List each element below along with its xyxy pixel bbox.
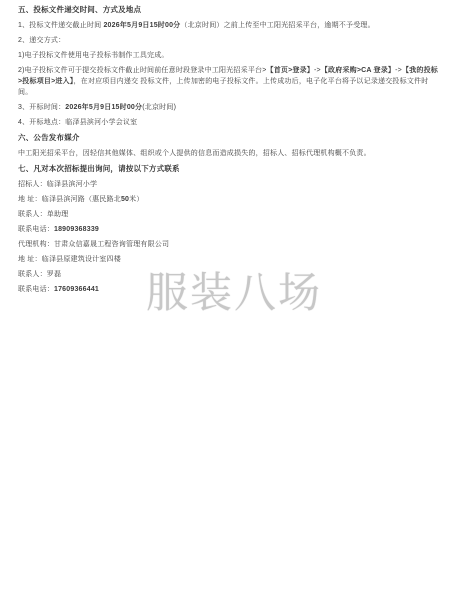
text-run: (北京时间) — [142, 104, 176, 111]
text-run: 五、投标文件递交时间、方式及地点 — [18, 5, 141, 14]
tenderer-name: 招标人：临泽县滨河小学 — [18, 179, 438, 190]
submission-method-title: 2、递交方式： — [18, 35, 438, 46]
agency-address: 地 址：临泽县原建筑设计室四楼 — [18, 254, 438, 265]
submission-method-item-1: 1)电子投标文件使用电子投标书制作工具完成。 — [18, 50, 438, 61]
page: 五、投标文件递交时间、方式及地点1、投标文件递交截止时间 2026年5月9日15… — [0, 0, 450, 600]
text-run: -> — [395, 67, 402, 74]
tenderer-contact: 联系人：单助理 — [18, 209, 438, 220]
submission-method-item-2: 2)电子投标文件可于提交投标文件截止时间前任意时段登录中工阳光招采平台>【首页>… — [18, 65, 438, 98]
text-run: 代理机构：甘肃众信嘉晟工程咨询管理有限公司 — [18, 241, 169, 248]
text-run: 联系电话： — [18, 286, 54, 293]
section-6-heading: 六、公告发布媒介 — [18, 132, 438, 143]
text-run: （北京时间）之前上传至中工阳光招采平台，逾期不予受理。 — [180, 22, 374, 29]
agency-contact: 联系人：罗磊 — [18, 269, 438, 280]
text-run: 地 址：临泽县滨河路（惠民路北 — [18, 196, 121, 203]
text-run: 1、投标文件递交截止时间 — [18, 22, 103, 29]
bold-text-run: 2026年5月9日15时00分 — [65, 104, 142, 111]
text-run: ，在对应项目内递交 投标文件，上传加密的电子投标文件。上传成功后，电子化平台将予… — [18, 78, 428, 96]
text-run: -> — [314, 67, 321, 74]
bold-text-run: 18909368339 — [54, 226, 99, 233]
bid-opening-location: 4、开标地点：临泽县滨河小学会议室 — [18, 117, 438, 128]
text-run: 3、开标时间： — [18, 104, 65, 111]
text-run: 中工阳光招采平台，因轻信其他媒体、组织或个人提供的信息而造成损失的，招标人、招标… — [18, 150, 371, 157]
media-disclaimer: 中工阳光招采平台，因轻信其他媒体、组织或个人提供的信息而造成损失的，招标人、招标… — [18, 148, 438, 159]
bold-text-run: 2026年5月9日15时00分 — [103, 22, 180, 29]
text-run: 联系电话： — [18, 226, 54, 233]
section-5-heading: 五、投标文件递交时间、方式及地点 — [18, 4, 438, 15]
bold-text-run: 17609366441 — [54, 286, 99, 293]
bid-opening-time: 3、开标时间：2026年5月9日15时00分(北京时间) — [18, 102, 438, 113]
text-run: 联系人：罗磊 — [18, 271, 61, 278]
tenderer-address: 地 址：临泽县滨河路（惠民路北50米） — [18, 194, 438, 205]
agency-phone: 联系电话：17609366441 — [18, 284, 438, 295]
bold-text-run: 50 — [121, 196, 129, 203]
agency-name: 代理机构：甘肃众信嘉晟工程咨询管理有限公司 — [18, 239, 438, 250]
bold-text-run: 【首页>登录】 — [267, 67, 315, 74]
bold-text-run: 【政府采购>CA 登录】 — [321, 67, 395, 74]
submission-deadline: 1、投标文件递交截止时间 2026年5月9日15时00分（北京时间）之前上传至中… — [18, 20, 438, 31]
document-body: 五、投标文件递交时间、方式及地点1、投标文件递交截止时间 2026年5月9日15… — [18, 3, 438, 299]
text-run: 地 址：临泽县原建筑设计室四楼 — [18, 256, 121, 263]
text-run: 2)电子投标文件可于提交投标文件截止时间前任意时段登录中工阳光招采平台> — [18, 67, 267, 74]
section-7-heading: 七、凡对本次招标提出询问，请按以下方式联系 — [18, 163, 438, 174]
text-run: 联系人：单助理 — [18, 211, 68, 218]
text-run: 1)电子投标文件使用电子投标书制作工具完成。 — [18, 52, 169, 59]
text-run: 招标人：临泽县滨河小学 — [18, 181, 97, 188]
text-run: 七、凡对本次招标提出询问，请按以下方式联系 — [18, 164, 180, 173]
text-run: 4、开标地点：临泽县滨河小学会议室 — [18, 119, 137, 126]
text-run: 米） — [129, 196, 143, 203]
text-run: 六、公告发布媒介 — [18, 133, 80, 142]
text-run: 2、递交方式： — [18, 37, 65, 44]
tenderer-phone: 联系电话：18909368339 — [18, 224, 438, 235]
